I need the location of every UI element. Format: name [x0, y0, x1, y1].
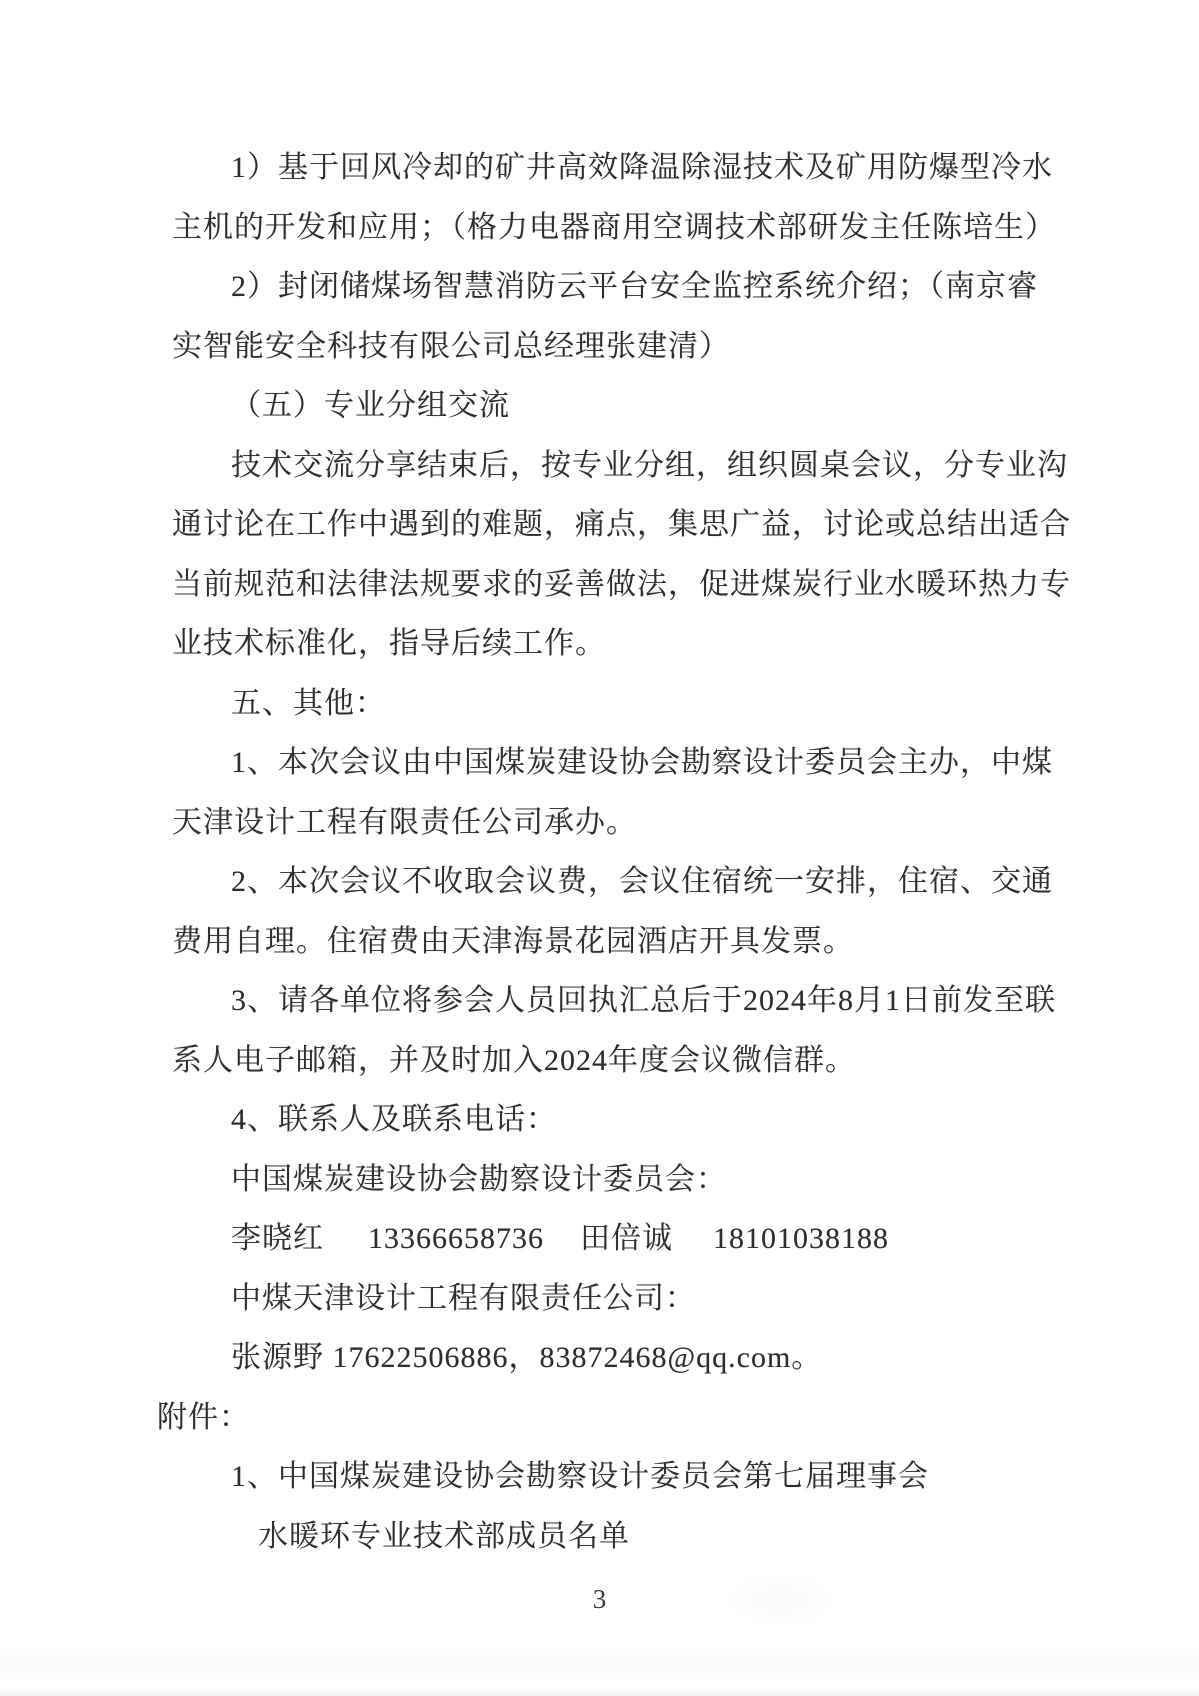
contact-row: 李晓红 13366658736 田倍诚 18101038188: [231, 1209, 1072, 1269]
scan-noise-band: [0, 1640, 1199, 1686]
contact-org-2: 中煤天津设计工程有限责任公司：: [231, 1269, 1072, 1329]
document-page: 1）基于回风冷却的矿井高效降温除湿技术及矿用防爆型冷水 主机的开发和应用；（格力…: [0, 0, 1199, 1696]
contact-person-2-name: 田倍诚: [580, 1209, 673, 1269]
section-5-body-line3: 当前规范和法律法规要求的妥善做法，促进煤炭行业水暖环热力专: [172, 555, 1072, 615]
section-5-body-line2: 通讨论在工作中遇到的难题，痛点，集思广益，讨论或总结出适合: [172, 495, 1072, 555]
other-item-4-heading: 4、联系人及联系电话：: [231, 1090, 1072, 1150]
other-item-1-line1: 1、本次会议由中国煤炭建设协会勘察设计委员会主办，中煤: [231, 733, 1072, 793]
agenda-topic-2-line2: 实智能安全科技有限公司总经理张建清）: [172, 317, 1072, 377]
other-item-2-line1: 2、本次会议不收取会议费，会议住宿统一安排，住宿、交通: [231, 852, 1072, 912]
contact-person-1-phone: 13366658736: [368, 1209, 544, 1269]
page-number: 3: [0, 1582, 1199, 1616]
document-body: 1）基于回风冷却的矿井高效降温除湿技术及矿用防爆型冷水 主机的开发和应用；（格力…: [172, 138, 1072, 1566]
other-item-2-line2: 费用自理。住宿费由天津海景花园酒店开具发票。: [172, 912, 1072, 972]
contact-person-1-name: 李晓红: [231, 1209, 324, 1269]
section-other-heading: 五、其他：: [231, 674, 1072, 734]
contact-org-2-person: 张源野 17622506886，83872468@qq.com。: [231, 1328, 1072, 1388]
agenda-topic-2-line1: 2）封闭储煤场智慧消防云平台安全监控系统介绍；（南京睿: [231, 257, 1072, 317]
agenda-topic-1-line1: 1）基于回风冷却的矿井高效降温除湿技术及矿用防爆型冷水: [231, 138, 1072, 198]
attachment-item-1-line2: 水暖环专业技术部成员名单: [258, 1507, 1072, 1567]
section-5-body-line1: 技术交流分享结束后，按专业分组，组织圆桌会议，分专业沟: [231, 436, 1072, 496]
scan-bottom-edge: [0, 1688, 1199, 1696]
attachment-item-1-line1: 1、中国煤炭建设协会勘察设计委员会第七届理事会: [231, 1447, 1072, 1507]
other-item-3-line1: 3、请各单位将参会人员回执汇总后于2024年8月1日前发至联: [231, 971, 1072, 1031]
contact-org-1: 中国煤炭建设协会勘察设计委员会：: [231, 1150, 1072, 1210]
agenda-topic-1-line2: 主机的开发和应用；（格力电器商用空调技术部研发主任陈培生）: [172, 198, 1072, 258]
other-item-1-line2: 天津设计工程有限责任公司承办。: [172, 793, 1072, 853]
other-item-3-line2: 系人电子邮箱，并及时加入2024年度会议微信群。: [172, 1031, 1072, 1091]
section-5-heading: （五）专业分组交流: [231, 376, 1072, 436]
attachment-label: 附件：: [157, 1388, 1072, 1448]
section-5-body-line4: 业技术标准化，指导后续工作。: [172, 614, 1072, 674]
contact-person-2-phone: 18101038188: [713, 1209, 889, 1269]
